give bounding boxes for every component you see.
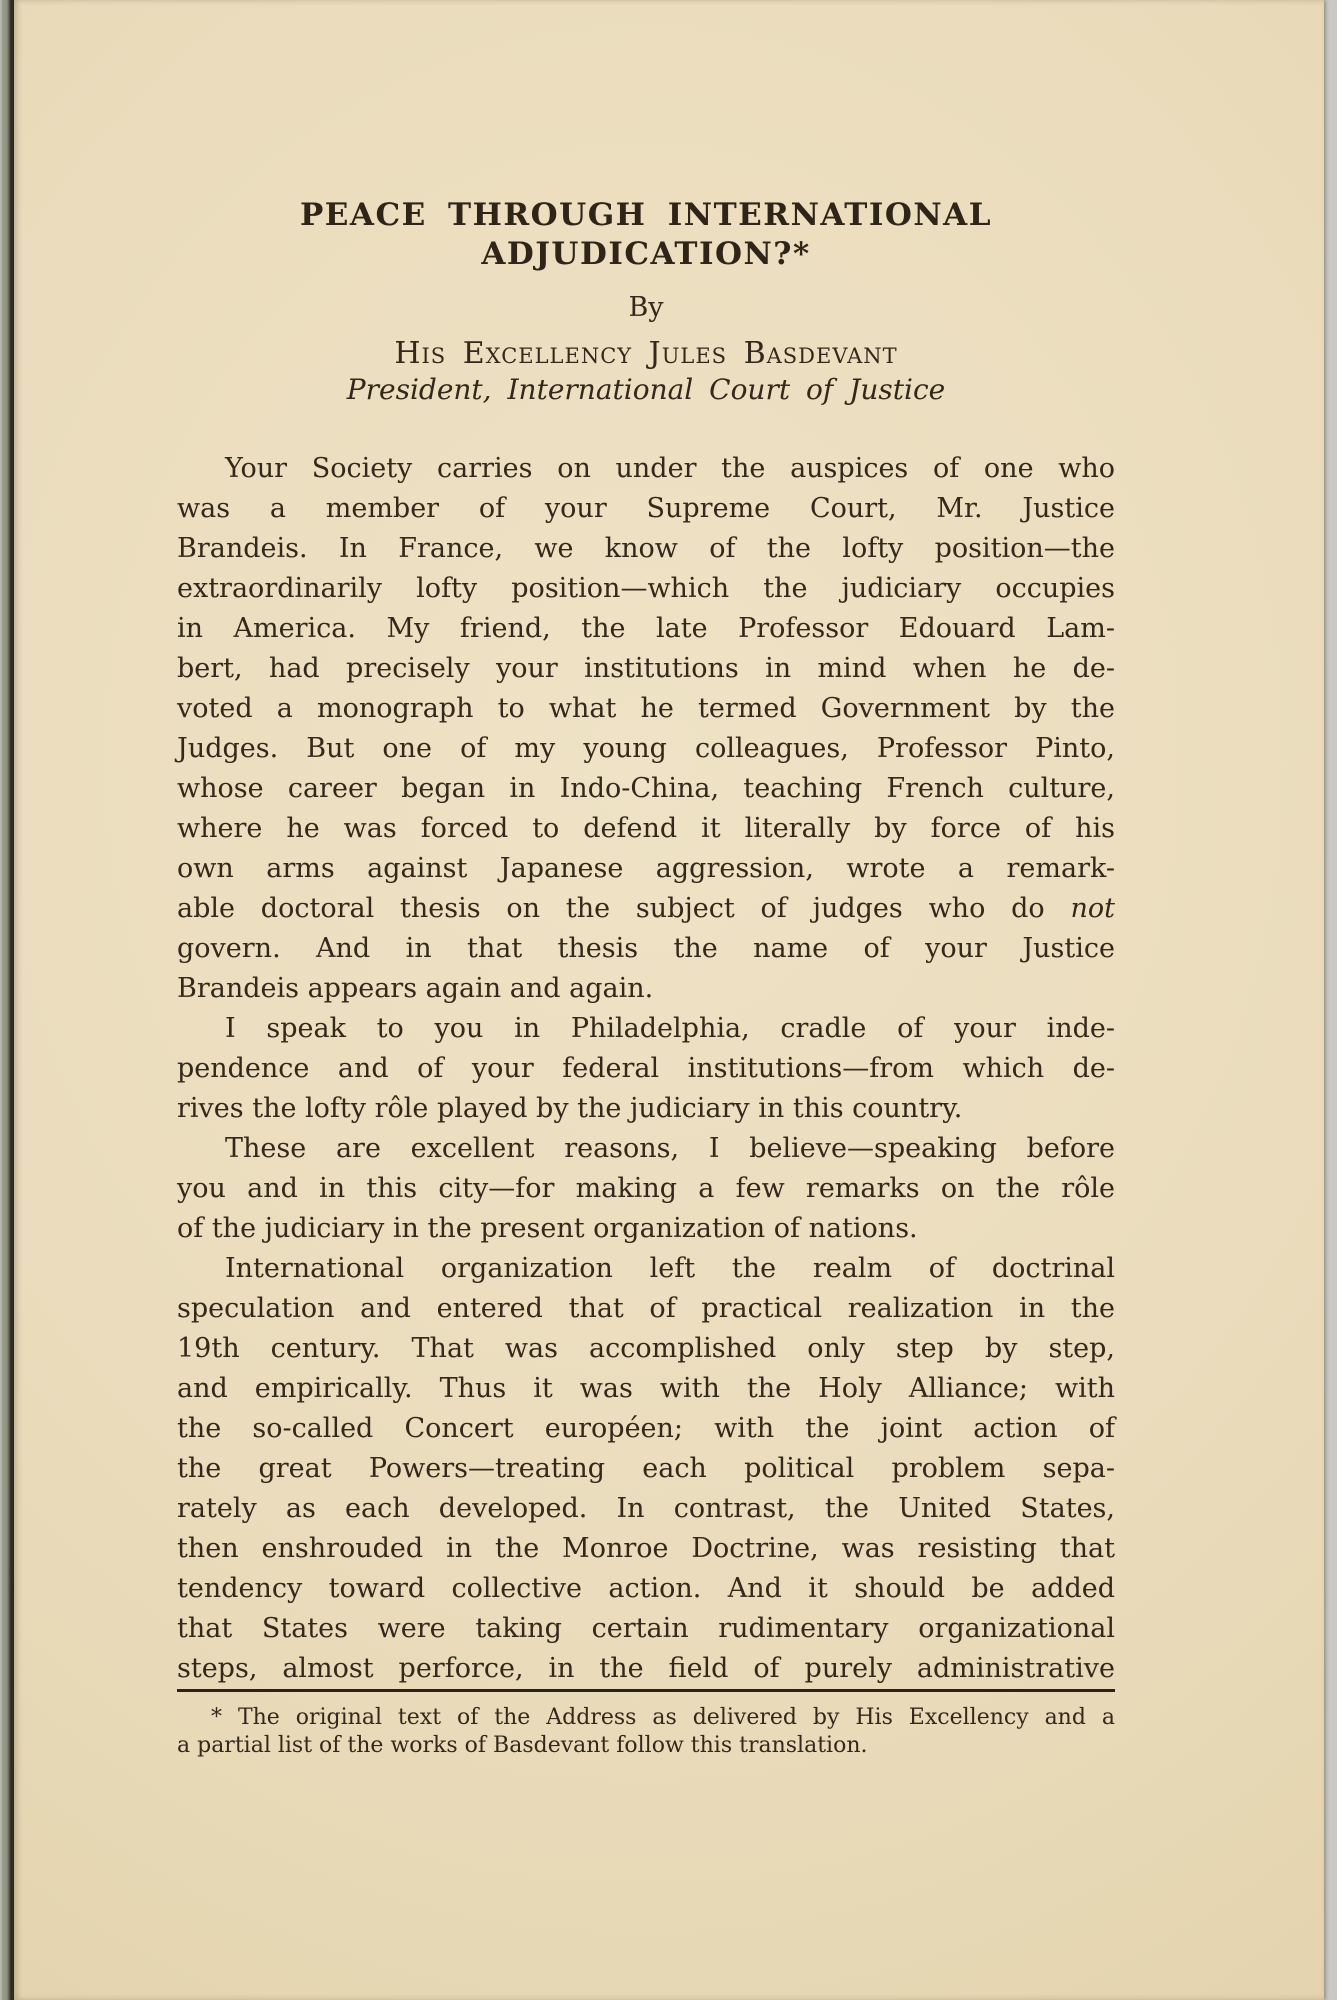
text-line: then enshrouded in the Monroe Doctrine, … — [177, 1529, 1115, 1569]
text-line: the great Powers—treating each political… — [177, 1449, 1115, 1489]
page-content: PEACE THROUGH INTERNATIONAL ADJUDICATION… — [177, 0, 1115, 1760]
body-text: Your Society carries on under the auspic… — [177, 449, 1115, 1689]
text-line: and empirically. Thus it was with the Ho… — [177, 1369, 1115, 1409]
text-line: able doctoral thesis on the subject of j… — [177, 889, 1115, 929]
text-line: * The original text of the Address as de… — [177, 1704, 1115, 1732]
text-line: bert, had precisely your institutions in… — [177, 649, 1115, 689]
author-name: His Excellency Jules Basdevant — [177, 336, 1115, 372]
text-line: of the judiciary in the present organiza… — [177, 1209, 1115, 1249]
author-title: President, International Court of Justic… — [177, 372, 1115, 408]
text-line: rives the lofty rôle played by the judic… — [177, 1089, 1115, 1129]
text-line: I speak to you in Philadelphia, cradle o… — [177, 1009, 1115, 1049]
text-line: Judges. But one of my young colleagues, … — [177, 729, 1115, 769]
text-line: in America. My friend, the late Professo… — [177, 609, 1115, 649]
paragraph: I speak to you in Philadelphia, cradle o… — [177, 1009, 1115, 1129]
footnote: * The original text of the Address as de… — [177, 1704, 1115, 1760]
article-title: PEACE THROUGH INTERNATIONAL ADJUDICATION… — [177, 196, 1115, 274]
byline-prefix: By — [177, 291, 1115, 325]
text-line: you and in this city—for making a few re… — [177, 1169, 1115, 1209]
text-line: Your Society carries on under the auspic… — [177, 449, 1115, 489]
text-line: voted a monograph to what he termed Gove… — [177, 689, 1115, 729]
text-line: Brandeis. In France, we know of the loft… — [177, 529, 1115, 569]
text-line: These are excellent reasons, I believe—s… — [177, 1129, 1115, 1169]
text-line: pendence and of your federal institution… — [177, 1049, 1115, 1089]
text-line: steps, almost perforce, in the field of … — [177, 1649, 1115, 1689]
text-line: was a member of your Supreme Court, Mr. … — [177, 489, 1115, 529]
scanned-document-background: PEACE THROUGH INTERNATIONAL ADJUDICATION… — [0, 0, 1337, 2000]
text-line: where he was forced to defend it literal… — [177, 809, 1115, 849]
paragraph: Your Society carries on under the auspic… — [177, 449, 1115, 1009]
text-line: rately as each developed. In contrast, t… — [177, 1489, 1115, 1529]
text-line: whose career began in Indo-China, teachi… — [177, 769, 1115, 809]
text-line: speculation and entered that of practica… — [177, 1289, 1115, 1329]
text-line: the so-called Concert européen; with the… — [177, 1409, 1115, 1449]
article-title-line1: PEACE THROUGH INTERNATIONAL — [177, 196, 1115, 235]
text-line: tendency toward collective action. And i… — [177, 1569, 1115, 1609]
text-line: that States were taking certain rudiment… — [177, 1609, 1115, 1649]
document-page: PEACE THROUGH INTERNATIONAL ADJUDICATION… — [14, 0, 1324, 2000]
text-line: govern. And in that thesis the name of y… — [177, 929, 1115, 969]
book-spine-edge — [0, 0, 14, 2000]
footnote-rule — [177, 1689, 1115, 1692]
text-line: 19th century. That was accomplished only… — [177, 1329, 1115, 1369]
text-line: extraordinarily lofty position—which the… — [177, 569, 1115, 609]
article-title-line2: ADJUDICATION?* — [177, 235, 1115, 274]
paragraph: International organization left the real… — [177, 1249, 1115, 1689]
text-line: International organization left the real… — [177, 1249, 1115, 1289]
text-line: own arms against Japanese aggression, wr… — [177, 849, 1115, 889]
text-line: a partial list of the works of Basdevant… — [177, 1732, 1115, 1760]
paragraph: These are excellent reasons, I believe—s… — [177, 1129, 1115, 1249]
text-line: Brandeis appears again and again. — [177, 969, 1115, 1009]
